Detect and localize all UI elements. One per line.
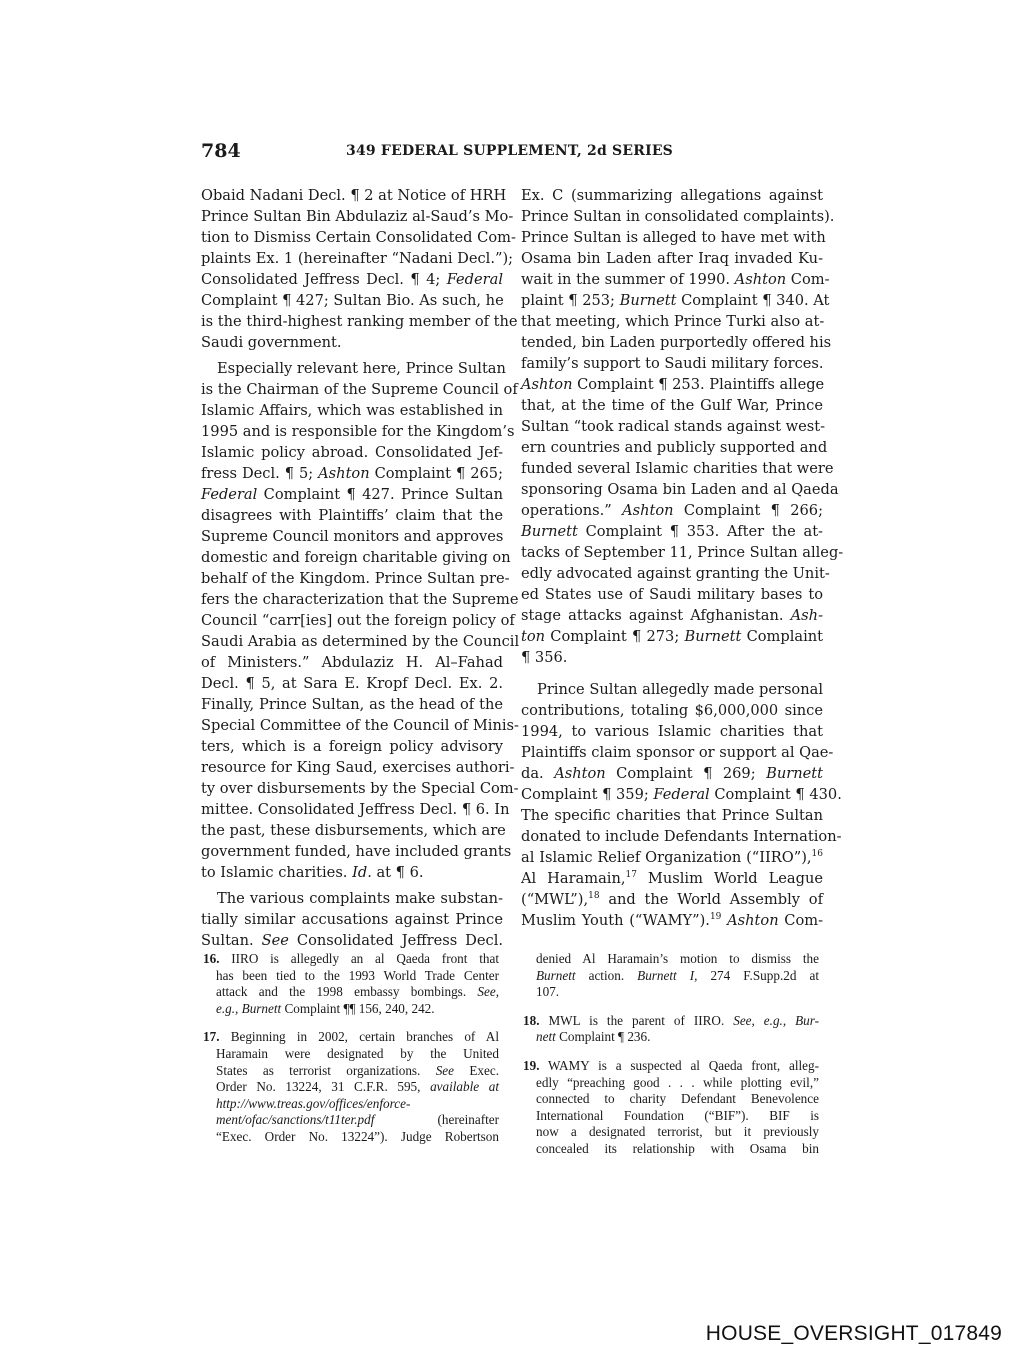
text-line: Complaint ¶ 427; Sultan Bio. As such, he: [201, 290, 503, 311]
text-line: Prince Sultan in consolidated complaints…: [521, 206, 823, 227]
case-name: Burnett: [521, 523, 578, 540]
footnote-line: nett Complaint ¶ 236.: [523, 1029, 819, 1046]
text-run: fress Decl. ¶ 5;: [201, 465, 318, 482]
footnote-link[interactable]: http://www.treas.gov/offices/enforce-: [203, 1096, 499, 1113]
footnote-line: edly “preaching good . . . while plottin…: [523, 1075, 819, 1092]
text-line: ed States use of Saudi military bases to: [521, 584, 823, 605]
text-run: wait in the summer of 1990.: [521, 271, 735, 288]
text-run: Complaint: [741, 628, 823, 645]
text-run: Complaint ¶ 353. After the at-: [578, 523, 823, 540]
text-run: at ¶ 6.: [372, 864, 424, 881]
footnote-line: concealed its relationship with Osama bi…: [523, 1141, 819, 1158]
footnote-line: denied Al Haramain’s motion to dismiss t…: [523, 951, 819, 968]
text-run: Al Haramain,: [521, 870, 626, 887]
text-line: Saudi government.: [201, 332, 503, 353]
text-line: Burnett Complaint ¶ 353. After the at-: [521, 521, 823, 542]
text-line: tended, bin Laden purportedly offered hi…: [521, 332, 823, 353]
text-run: Com-: [779, 912, 823, 929]
text-run: Order No. 13224, 31 C.F.R. 595,: [216, 1079, 430, 1094]
text-run: Complaint ¶ 265;: [370, 465, 503, 482]
text-line: is the third-highest ranking member of t…: [201, 311, 503, 332]
footnote-number: 19.: [523, 1058, 539, 1073]
footnote-number: 17.: [203, 1029, 219, 1044]
paragraph: Obaid Nadani Decl. ¶ 2 at Notice of HRH …: [201, 185, 503, 353]
paragraph: Ex. C (summarizing allegations against P…: [521, 185, 823, 668]
text-line: Consolidated Jeffress Decl. ¶ 4; Federal: [201, 269, 503, 290]
text-line: Decl. ¶ 5, at Sara E. Kropf Decl. Ex. 2.: [201, 673, 503, 694]
footnote-line: 17. Beginning in 2002, certain branches …: [203, 1029, 499, 1046]
text-line: government funded, have included grants: [201, 841, 503, 862]
signal-word: See: [436, 1063, 454, 1078]
text-run: Muslim World League: [637, 870, 823, 887]
text-run: operations.”: [521, 502, 622, 519]
text-line: fress Decl. ¶ 5; Ashton Complaint ¶ 265;: [201, 463, 503, 484]
footnote-line: 18. MWL is the parent of IIRO. See, e.g.…: [523, 1013, 819, 1030]
text-line: mittee. Consolidated Jeffress Decl. ¶ 6.…: [201, 799, 503, 820]
case-name: Ashton: [521, 376, 572, 393]
text-run: Complaint ¶ 273;: [545, 628, 684, 645]
right-column: Ex. C (summarizing allegations against P…: [521, 185, 823, 931]
running-head: 349 FEDERAL SUPPLEMENT, 2d SERIES: [346, 143, 673, 159]
case-name: Federal: [653, 786, 709, 803]
footnotes-right: denied Al Haramain’s motion to dismiss t…: [523, 951, 819, 1158]
case-name: Burnett: [620, 292, 677, 309]
case-name: nett: [536, 1029, 556, 1044]
case-name: Burnett: [766, 765, 823, 782]
text-line: that meeting, which Prince Turki also at…: [521, 311, 823, 332]
case-name: Burnett: [684, 628, 741, 645]
document-page: 784 349 FEDERAL SUPPLEMENT, 2d SERIES Ob…: [0, 0, 1024, 1353]
text-run: 274 F.Supp.2d at: [697, 968, 819, 983]
text-line: al Islamic Relief Organization (“IIRO”),…: [521, 847, 823, 868]
text-run: Complaint ¶ 427. Prince Sultan: [257, 486, 503, 503]
text-line: 1995 and is responsible for the Kingdom’…: [201, 421, 503, 442]
text-line: Obaid Nadani Decl. ¶ 2 at Notice of HRH: [201, 185, 503, 206]
footnote-line: ment/ofac/sanctions/t11ter.pdf (hereinaf…: [203, 1112, 499, 1129]
text-line: (“MWL”),18 and the World Assembly of: [521, 889, 823, 910]
text-line: is the Chairman of the Supreme Council o…: [201, 379, 503, 400]
citation-id: Id.: [352, 864, 372, 881]
text-line: Prince Sultan Bin Abdulaziz al-Saud’s Mo…: [201, 206, 503, 227]
signal-word: See,: [477, 984, 499, 999]
footnote-line: 107.: [523, 984, 819, 1001]
text-line: family’s support to Saudi military force…: [521, 353, 823, 374]
text-line: plaint ¶ 253; Burnett Complaint ¶ 340. A…: [521, 290, 823, 311]
url-text[interactable]: ment/ofac/sanctions/t11ter.pdf: [216, 1112, 374, 1127]
text-run: Complaint ¶ 340. At: [677, 292, 830, 309]
case-name: Ashton: [318, 465, 369, 482]
left-column: Obaid Nadani Decl. ¶ 2 at Notice of HRH …: [201, 185, 503, 951]
footnote-line: International Foundation (“BIF”). BIF is: [523, 1108, 819, 1125]
footnote-number: 16.: [203, 951, 219, 966]
case-name: ton: [521, 628, 545, 645]
text-line: disagrees with Plaintiffs’ claim that th…: [201, 505, 503, 526]
footnote-17-continued: denied Al Haramain’s motion to dismiss t…: [523, 951, 819, 1001]
text-line: Sultan “took radical stands against west…: [521, 416, 823, 437]
text-line: ters, which is a foreign policy advisory: [201, 736, 503, 757]
footnote-16: 16. IIRO is allegedly an al Qaeda front …: [203, 951, 499, 1017]
text-line: Federal Complaint ¶ 427. Prince Sultan: [201, 484, 503, 505]
text-run: (“MWL”),: [521, 891, 588, 908]
text-run: States as terrorist organizations.: [216, 1063, 436, 1078]
text-run: stage attacks against Afghanistan.: [521, 607, 791, 624]
footnote-ref[interactable]: 18: [588, 891, 599, 901]
text-run: Sultan.: [201, 932, 262, 949]
text-line: Special Committee of the Council of Mini…: [201, 715, 503, 736]
footnote-line: e.g., Burnett Complaint ¶¶ 156, 240, 242…: [203, 1001, 499, 1018]
text-line: Council “carr[ies] out the foreign polic…: [201, 610, 503, 631]
text-line: Ex. C (summarizing allegations against: [521, 185, 823, 206]
footnote-number: 18.: [523, 1013, 539, 1028]
footnote-line: 19. WAMY is a suspected al Qaeda front, …: [523, 1058, 819, 1075]
text-line: to Islamic charities. Id. at ¶ 6.: [201, 862, 503, 883]
text-line: Supreme Council monitors and approves: [201, 526, 503, 547]
case-name: Ash-: [791, 607, 823, 624]
paragraph: The various complaints make substan- tia…: [201, 888, 503, 951]
text-line: Sultan. See Consolidated Jeffress Decl.: [201, 930, 503, 951]
footnote-line: 16. IIRO is allegedly an al Qaeda front …: [203, 951, 499, 968]
case-name: Burnett: [536, 968, 576, 983]
text-run: Complaint ¶ 430.: [710, 786, 842, 803]
footnote-line: has been tied to the 1993 World Trade Ce…: [203, 968, 499, 985]
footnote-line: attack and the 1998 embassy bombings. Se…: [203, 984, 499, 1001]
text-line: Osama bin Laden after Iraq invaded Ku-: [521, 248, 823, 269]
text-run: Complaint ¶ 236.: [556, 1029, 651, 1044]
text-line: ton Complaint ¶ 273; Burnett Complaint: [521, 626, 823, 647]
text-line: contributions, totaling $6,000,000 since: [521, 700, 823, 721]
text-line: the past, these disbursements, which are: [201, 820, 503, 841]
text-line: edly advocated against granting the Unit…: [521, 563, 823, 584]
paragraph: Prince Sultan allegedly made personal co…: [521, 679, 823, 931]
text-line: domestic and foreign charitable giving o…: [201, 547, 503, 568]
text-line: Saudi Arabia as determined by the Counci…: [201, 631, 503, 652]
text-line: resource for King Saud, exercises author…: [201, 757, 503, 778]
text-line: Plaintiffs claim sponsor or support al Q…: [521, 742, 823, 763]
footnote-line: now a designated terrorist, but it previ…: [523, 1124, 819, 1141]
text-run: Muslim Youth (“WAMY”).: [521, 912, 710, 929]
text-run: Exec.: [454, 1063, 499, 1078]
paragraph: Especially relevant here, Prince Sultan …: [201, 358, 503, 883]
text-run-italic: available at: [430, 1079, 499, 1094]
footnote-ref[interactable]: 19: [710, 912, 721, 922]
text-line: ¶ 356.: [521, 647, 823, 668]
footnote-ref[interactable]: 17: [626, 870, 637, 880]
text-line: Islamic policy abroad. Consolidated Jef-: [201, 442, 503, 463]
case-name: e.g., Burnett: [216, 1001, 281, 1016]
footnotes-left: 16. IIRO is allegedly an al Qaeda front …: [203, 951, 499, 1146]
case-name: Ashton: [622, 502, 673, 519]
text-line: Finally, Prince Sultan, as the head of t…: [201, 694, 503, 715]
footnote-ref[interactable]: 16: [812, 849, 823, 859]
text-line: wait in the summer of 1990. Ashton Com-: [521, 269, 823, 290]
text-line: sponsoring Osama bin Laden and al Qaeda: [521, 479, 823, 500]
footnote-line: connected to charity Defendant Benevolen…: [523, 1091, 819, 1108]
text-line: tially similar accusations against Princ…: [201, 909, 503, 930]
footnote-18: 18. MWL is the parent of IIRO. See, e.g.…: [523, 1013, 819, 1046]
footnote-line: Haramain were designated by the United: [203, 1046, 499, 1063]
text-line: fers the characterization that the Supre…: [201, 589, 503, 610]
text-line: Especially relevant here, Prince Sultan: [201, 358, 503, 379]
case-name: Ashton: [554, 765, 605, 782]
text-run: Com-: [786, 271, 829, 288]
text-line: The specific charities that Prince Sulta…: [521, 805, 823, 826]
text-run: WAMY is a suspected al Qaeda front, alle…: [539, 1058, 819, 1073]
text-line: Prince Sultan is alleged to have met wit…: [521, 227, 823, 248]
signal-word: See: [262, 932, 289, 949]
text-line: tion to Dismiss Certain Consolidated Com…: [201, 227, 503, 248]
page-number: 784: [201, 140, 241, 162]
text-run: da.: [521, 765, 554, 782]
case-name: Federal: [201, 486, 257, 503]
case-name: Burnett I,: [637, 968, 697, 983]
text-line: tacks of September 11, Prince Sultan all…: [521, 542, 823, 563]
text-run: Consolidated Jeffress Decl. ¶ 4;: [201, 271, 447, 288]
text-line: donated to include Defendants Internatio…: [521, 826, 823, 847]
text-line: ern countries and publicly supported and: [521, 437, 823, 458]
text-run: IIRO is allegedly an al Qaeda front that: [219, 951, 499, 966]
text-run: MWL is the parent of IIRO.: [539, 1013, 733, 1028]
case-name: Ashton: [735, 271, 786, 288]
text-line: plaints Ex. 1 (hereinafter “Nadani Decl.…: [201, 248, 503, 269]
text-line: Islamic Affairs, which was established i…: [201, 400, 503, 421]
text-line: ty over disbursements by the Special Com…: [201, 778, 503, 799]
text-run: Complaint ¶ 253. Plaintiffs allege: [572, 376, 824, 393]
text-line: The various complaints make substan-: [201, 888, 503, 909]
text-run: Complaint ¶ 269;: [606, 765, 766, 782]
footnote-19: 19. WAMY is a suspected al Qaeda front, …: [523, 1058, 819, 1158]
bates-number: HOUSE_OVERSIGHT_017849: [706, 1322, 1002, 1346]
text-run: plaint ¶ 253;: [521, 292, 620, 309]
text-run: attack and the 1998 embassy bombings.: [216, 984, 477, 999]
text-line: 1994, to various Islamic charities that: [521, 721, 823, 742]
signal-word: See, e.g., Bur-: [733, 1013, 819, 1028]
text-line: that, at the time of the Gulf War, Princ…: [521, 395, 823, 416]
case-name: Federal: [447, 271, 503, 288]
text-run: Consolidated Jeffress Decl.: [289, 932, 503, 949]
url-text[interactable]: http://www.treas.gov/offices/enforce-: [216, 1096, 410, 1111]
footnote-line: Burnett action. Burnett I, 274 F.Supp.2d…: [523, 968, 819, 985]
footnote-line: “Exec. Order No. 13224”). Judge Robertso…: [203, 1129, 499, 1146]
text-line: operations.” Ashton Complaint ¶ 266;: [521, 500, 823, 521]
text-run: and the World Assembly of: [600, 891, 823, 908]
text-run: al Islamic Relief Organization (“IIRO”),: [521, 849, 812, 866]
text-run: Complaint ¶¶ 156, 240, 242.: [281, 1001, 434, 1016]
text-run: to Islamic charities.: [201, 864, 352, 881]
text-line: Prince Sultan allegedly made personal: [521, 679, 823, 700]
text-run: Beginning in 2002, certain branches of A…: [219, 1029, 499, 1044]
page-header: 784 349 FEDERAL SUPPLEMENT, 2d SERIES: [201, 140, 673, 164]
text-line: da. Ashton Complaint ¶ 269; Burnett: [521, 763, 823, 784]
text-line: of Ministers.” Abdulaziz H. Al–Fahad: [201, 652, 503, 673]
footnote-17: 17. Beginning in 2002, certain branches …: [203, 1029, 499, 1145]
text-line: Complaint ¶ 359; Federal Complaint ¶ 430…: [521, 784, 823, 805]
text-run: (hereinafter: [374, 1112, 499, 1127]
text-line: funded several Islamic charities that we…: [521, 458, 823, 479]
text-run: action.: [576, 968, 638, 983]
case-name: Ashton: [727, 912, 778, 929]
text-run: Complaint ¶ 359;: [521, 786, 653, 803]
text-line: Muslim Youth (“WAMY”).19 Ashton Com-: [521, 910, 823, 931]
text-line: behalf of the Kingdom. Prince Sultan pre…: [201, 568, 503, 589]
footnote-line: Order No. 13224, 31 C.F.R. 595, availabl…: [203, 1079, 499, 1096]
text-line: stage attacks against Afghanistan. Ash-: [521, 605, 823, 626]
text-line: Al Haramain,17 Muslim World League: [521, 868, 823, 889]
footnote-line: States as terrorist organizations. See E…: [203, 1063, 499, 1080]
text-run: Complaint ¶ 266;: [674, 502, 823, 519]
text-line: Ashton Complaint ¶ 253. Plaintiffs alleg…: [521, 374, 823, 395]
